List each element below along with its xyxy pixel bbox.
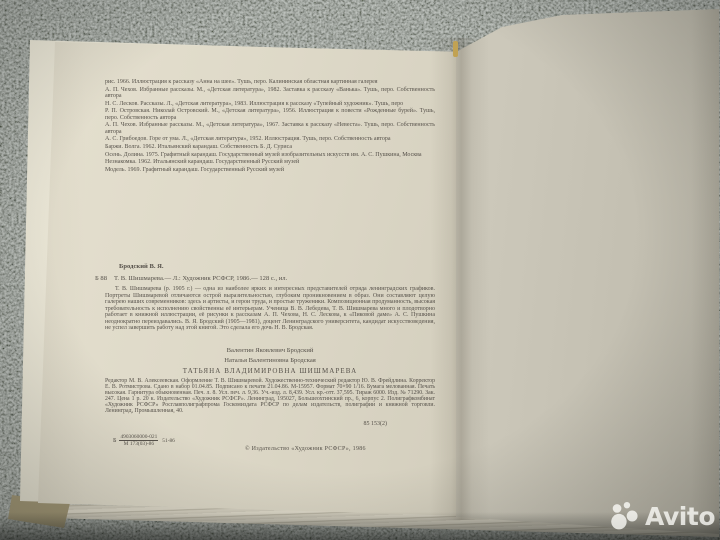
avito-watermark: Avito bbox=[610, 500, 715, 532]
photo-vignette bbox=[0, 0, 720, 540]
book-photo-scene: рис. 1966. Иллюстрация к рассказу «Анна … bbox=[0, 0, 720, 540]
avito-wordmark: Avito bbox=[645, 504, 715, 529]
avito-logo-icon bbox=[610, 500, 642, 532]
